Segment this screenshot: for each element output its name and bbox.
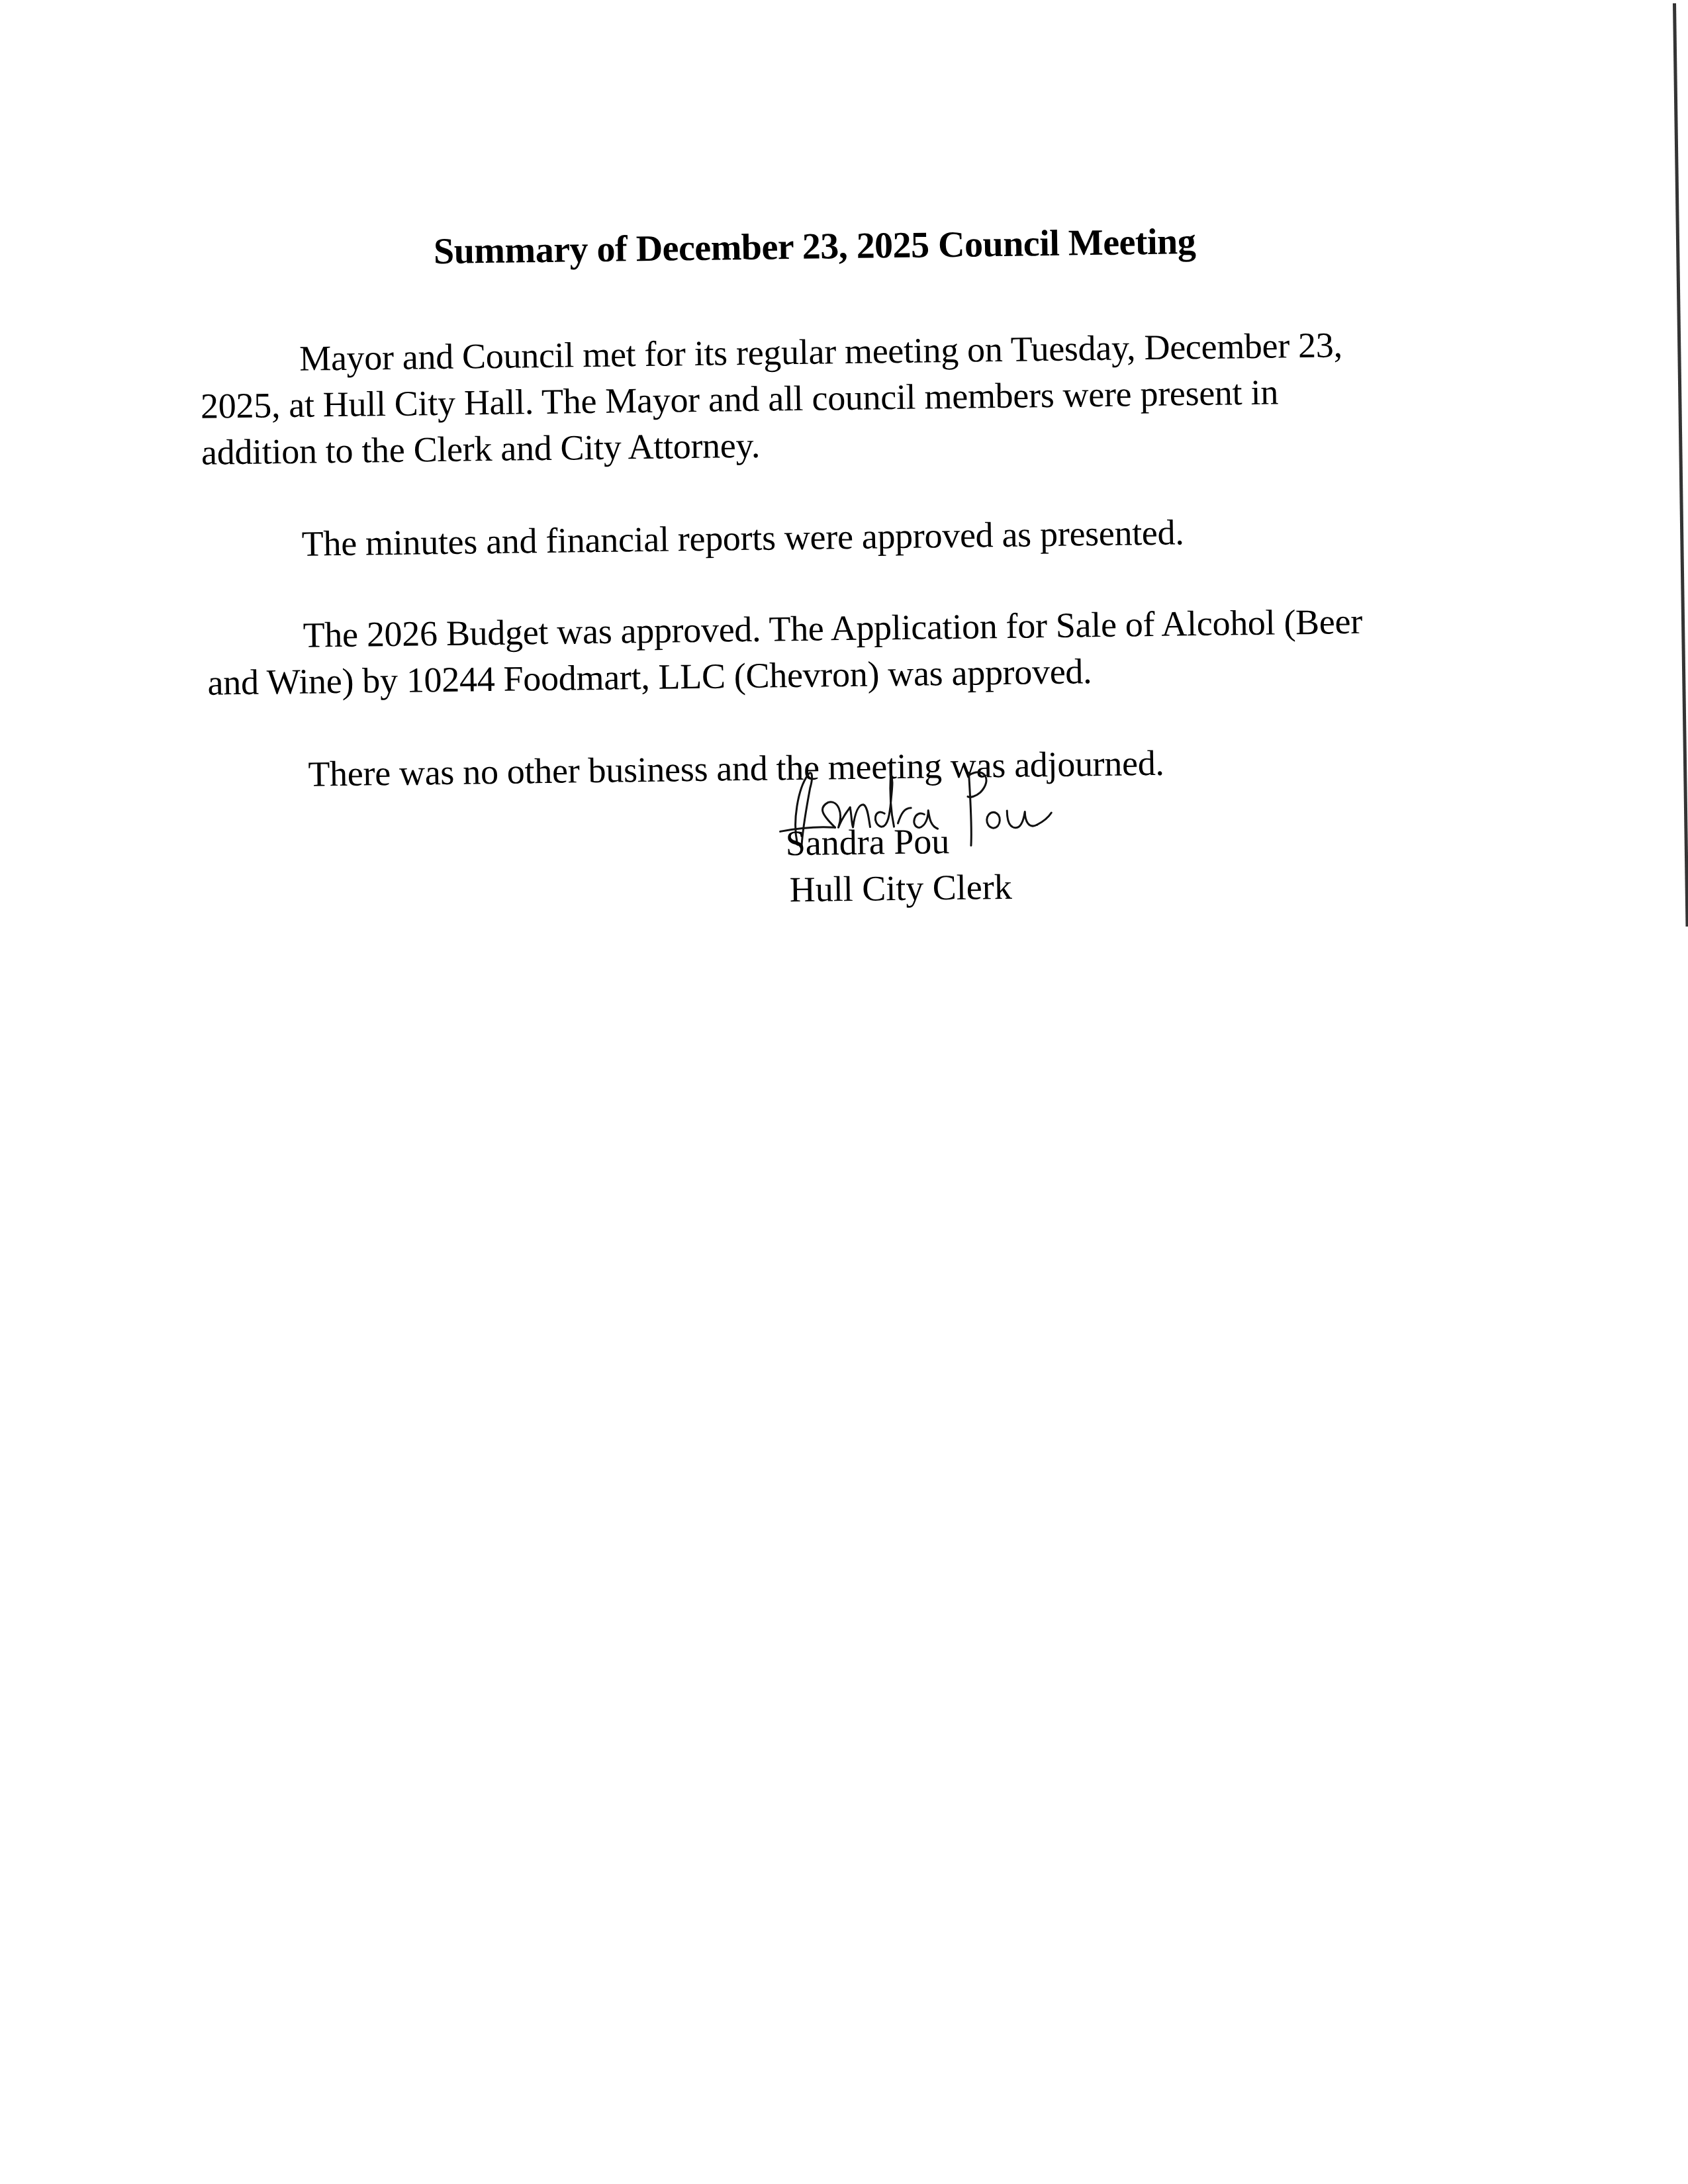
paragraph-3-line-1: The 2026 Budget was approved. The Applic…	[303, 601, 1362, 656]
document-content: Summary of December 23, 2025 Council Mee…	[0, 0, 1688, 1004]
signatory-role: Hull City Clerk	[789, 866, 1012, 910]
paragraph-3-line-2: and Wine) by 10244 Foodmart, LLC (Chevro…	[207, 651, 1092, 703]
document-title: Summary of December 23, 2025 Council Mee…	[434, 220, 1196, 273]
paragraph-1-line-3: addition to the Clerk and City Attorney.	[201, 425, 761, 473]
paragraph-1-line-1: Mayor and Council met for its regular me…	[299, 324, 1342, 379]
paragraph-1-line-2: 2025, at Hull City Hall. The Mayor and a…	[201, 371, 1279, 426]
paragraph-2-line-1: The minutes and financial reports were a…	[301, 512, 1184, 564]
document-page: Summary of December 23, 2025 Council Mee…	[0, 0, 1688, 2184]
signatory-name: Sandra Pou	[785, 821, 949, 864]
